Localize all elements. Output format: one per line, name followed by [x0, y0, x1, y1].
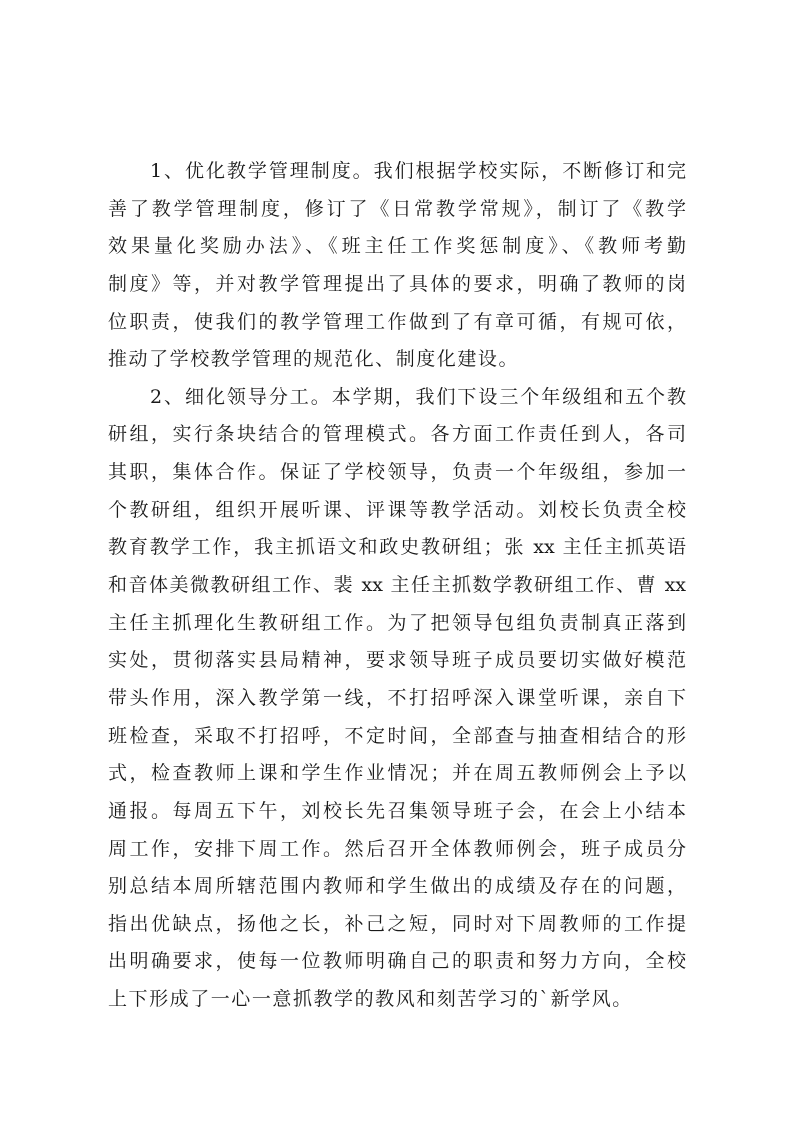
document-body: 1、优化教学管理制度。我们根据学校实际，不断修订和完 善了教学管理制度，修订了《… — [108, 153, 686, 1019]
text-line: 带头作用，深入教学第一线，不打招呼深入课堂听课，亲自下 — [108, 680, 686, 718]
text-line: 出明确要求，使每一位教师明确自己的职责和努力方向，全校 — [108, 943, 686, 981]
text-line: 1、优化教学管理制度。我们根据学校实际，不断修订和完 — [108, 153, 686, 191]
text-line: 效果量化奖励办法》、《班主任工作奖惩制度》、《教师考勤 — [108, 228, 686, 266]
text-line: 式，检查教师上课和学生作业情况；并在周五教师例会上予以 — [108, 755, 686, 793]
text-line: 别总结本周所辖范围内教师和学生做出的成绩及存在的问题， — [108, 868, 686, 906]
text-line: 个教研组，组织开展听课、评课等教学活动。刘校长负责全校 — [108, 492, 686, 530]
text-line: 制度》等，并对教学管理提出了具体的要求，明确了教师的岗 — [108, 266, 686, 304]
text-line: 位职责，使我们的教学管理工作做到了有章可循，有规可依， — [108, 304, 686, 342]
text-line: 实处，贯彻落实县局精神，要求领导班子成员要切实做好模范 — [108, 642, 686, 680]
text-line: 研组，实行条块结合的管理模式。各方面工作责任到人，各司 — [108, 416, 686, 454]
text-line: 主任主抓理化生教研组工作。为了把领导包组负责制真正落到 — [108, 605, 686, 643]
text-line: 指出优缺点，扬他之长，补己之短，同时对下周教师的工作提 — [108, 906, 686, 944]
text-line: 和音体美微教研组工作、裴 xx 主任主抓数学教研组工作、曹 xx — [108, 567, 686, 605]
text-line: 其职，集体合作。保证了学校领导，负责一个年级组，参加一 — [108, 454, 686, 492]
text-line: 周工作，安排下周工作。然后召开全体教师例会，班子成员分 — [108, 831, 686, 869]
document-page: 1、优化教学管理制度。我们根据学校实际，不断修订和完 善了教学管理制度，修订了《… — [0, 0, 793, 1122]
paragraph-2: 2、细化领导分工。本学期，我们下设三个年级组和五个教 研组，实行条块结合的管理模… — [108, 379, 686, 1019]
text-line: 2、细化领导分工。本学期，我们下设三个年级组和五个教 — [108, 379, 686, 417]
text-line: 教育教学工作，我主抓语文和政史教研组；张 xx 主任主抓英语 — [108, 529, 686, 567]
paragraph-1: 1、优化教学管理制度。我们根据学校实际，不断修订和完 善了教学管理制度，修订了《… — [108, 153, 686, 379]
text-line: 通报。每周五下午，刘校长先召集领导班子会，在会上小结本 — [108, 793, 686, 831]
text-line: 善了教学管理制度，修订了《日常教学常规》，制订了《教学 — [108, 191, 686, 229]
text-line: 上下形成了一心一意抓教学的教风和刻苦学习的`新学风。 — [108, 981, 686, 1019]
text-line: 班检查，采取不打招呼，不定时间，全部查与抽查相结合的形 — [108, 718, 686, 756]
text-line: 推动了学校教学管理的规范化、制度化建设。 — [108, 341, 686, 379]
